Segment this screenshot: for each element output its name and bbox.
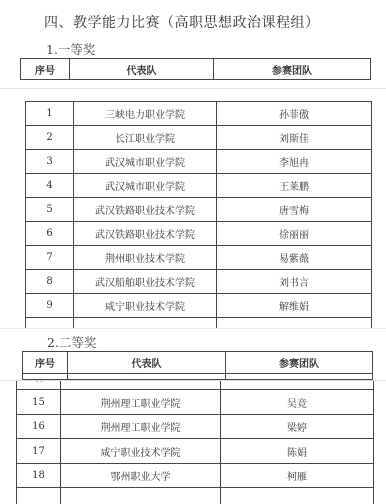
table-row-cut	[17, 488, 374, 504]
row-no: 9	[26, 294, 74, 318]
second-prize-table: 14 ················ ····· 15 荆州理工职业学院 吴竞…	[16, 380, 374, 504]
row-team: 咸宁职业技术学院	[74, 294, 217, 318]
page-separator	[0, 380, 386, 381]
column-header-members: 参赛团队	[226, 352, 373, 374]
row-no: 6	[26, 222, 74, 246]
column-header-members: 参赛团队	[214, 59, 371, 80]
row-team: 武汉城市职业学院	[74, 150, 217, 174]
column-header-team: 代表队	[70, 59, 214, 80]
table-row: 2 长江职业学院 刘斯佳	[26, 126, 372, 150]
table-row: 17 咸宁职业技术学院 陈娟	[17, 439, 374, 464]
row-members: 王莱鹏	[217, 174, 372, 198]
row-no: 2	[26, 126, 74, 150]
table-row: 7 荆州职业技术学院 易紫薇	[26, 246, 372, 270]
row-members: 孙菲傲	[217, 102, 372, 126]
first-prize-header-table: 序号 代表队 参赛团队	[20, 58, 371, 80]
row-members: 梁婷	[221, 415, 374, 439]
row-members: 刘斯佳	[217, 126, 372, 150]
row-no: 5	[26, 198, 74, 222]
first-prize-table: 1 三峡电力职业学院 孙菲傲 2 长江职业学院 刘斯佳 3 武汉城市职业学院 李…	[25, 101, 372, 342]
row-members: ·····	[221, 380, 374, 390]
table-row: 3 武汉城市职业学院 李旭冉	[26, 150, 372, 174]
row-no: 16	[17, 415, 61, 439]
row-members: 李旭冉	[217, 150, 372, 174]
first-prize-heading: 1.一等奖	[46, 40, 95, 58]
section-title: 四、教学能力比赛（高职思想政治课程组）	[44, 12, 320, 32]
page-separator	[0, 88, 386, 89]
table-row-partial: 14 ················ ·····	[17, 380, 374, 390]
row-members: 解维娟	[217, 294, 372, 318]
row-no: 7	[26, 246, 74, 270]
table-row: 5 武汉铁路职业技术学院 唐雪梅	[26, 198, 372, 222]
row-no: 8	[26, 270, 74, 294]
row-team: 荆州理工职业学院	[61, 415, 221, 439]
row-team: ················	[61, 380, 221, 390]
row-no: 18	[17, 464, 61, 488]
row-no: 14	[17, 380, 61, 390]
second-prize-heading: 2.二等奖	[47, 333, 96, 351]
row-team: 荆州理工职业学院	[61, 390, 221, 415]
row-team: 长江职业学院	[74, 126, 217, 150]
page-separator	[0, 328, 386, 329]
table-row: 8 武汉船舶职业技术学院 刘书言	[26, 270, 372, 294]
row-team: 荆州职业技术学院	[74, 246, 217, 270]
table-row: 15 荆州理工职业学院 吴竞	[17, 390, 374, 415]
table-row: 9 咸宁职业技术学院 解维娟	[26, 294, 372, 318]
row-team: 武汉城市职业学院	[74, 174, 217, 198]
column-header-no: 序号	[23, 352, 68, 374]
second-prize-header-table: 序号 代表队 参赛团队	[22, 351, 373, 380]
row-team: 鄂州职业大学	[61, 464, 221, 488]
row-no: 4	[26, 174, 74, 198]
row-no: 1	[26, 102, 74, 126]
row-no: 3	[26, 150, 74, 174]
row-no: 17	[17, 439, 61, 464]
row-members: 吴竞	[221, 390, 374, 415]
row-members: 唐雪梅	[217, 198, 372, 222]
row-team: 武汉船舶职业技术学院	[74, 270, 217, 294]
row-members: 徐丽丽	[217, 222, 372, 246]
row-members: 刘书言	[217, 270, 372, 294]
row-team: 武汉铁路职业技术学院	[74, 198, 217, 222]
table-row: 18 鄂州职业大学 柯雁	[17, 464, 374, 488]
row-no: 15	[17, 390, 61, 415]
table-row: 16 荆州理工职业学院 梁婷	[17, 415, 374, 439]
row-members: 陈娟	[221, 439, 374, 464]
table-row: 6 武汉铁路职业技术学院 徐丽丽	[26, 222, 372, 246]
row-team: 三峡电力职业学院	[74, 102, 217, 126]
row-team: 武汉铁路职业技术学院	[74, 222, 217, 246]
second-prize-viewport: 14 ················ ····· 15 荆州理工职业学院 吴竞…	[0, 380, 386, 504]
row-team: 咸宁职业技术学院	[61, 439, 221, 464]
column-header-team: 代表队	[68, 352, 226, 374]
row-members: 柯雁	[221, 464, 374, 488]
table-row: 4 武汉城市职业学院 王莱鹏	[26, 174, 372, 198]
row-members: 易紫薇	[217, 246, 372, 270]
table-row: 1 三峡电力职业学院 孙菲傲	[26, 102, 372, 126]
column-header-no: 序号	[21, 59, 70, 80]
